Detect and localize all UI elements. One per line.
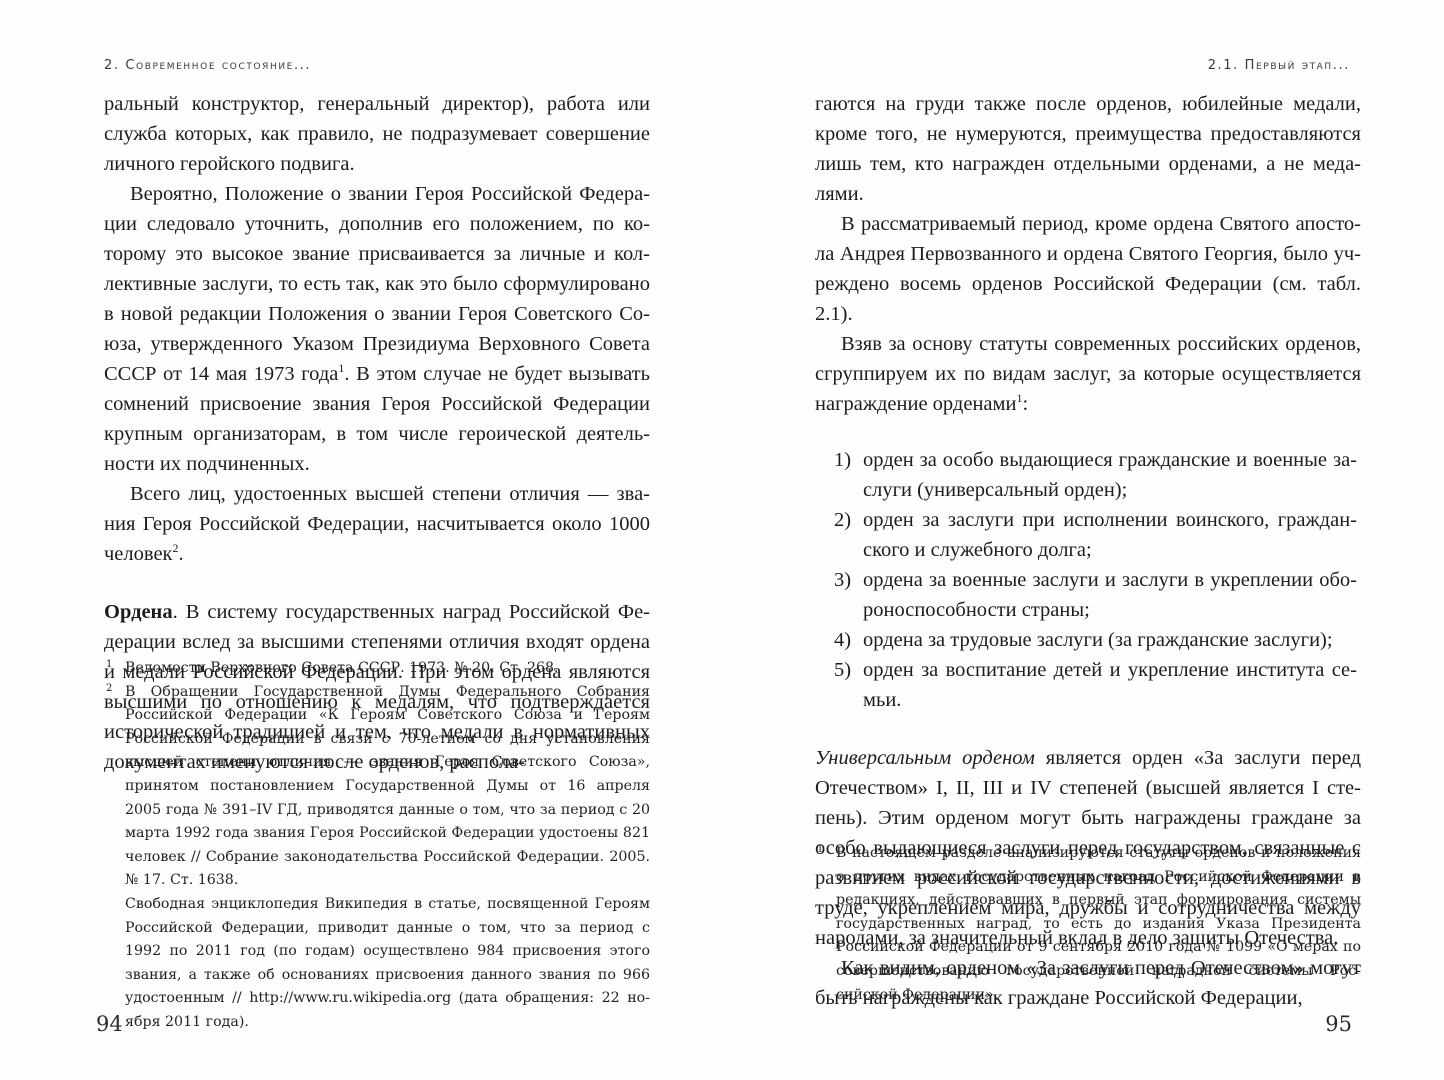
merit-types-list: 1)орден за особо выдающиеся гражданские … [815,445,1361,715]
italic-term-universal-order: Универсальным орденом [815,747,1035,769]
right-paragraph-3: Взяв за основу статуты современных росси… [815,329,1361,419]
footnote-mark: 1 [106,653,112,677]
page-number-left: 94 [96,1012,123,1036]
page-number-right: 95 [1325,1012,1352,1036]
right-paragraph-1: гаются на груди также после орденов, юби… [815,89,1361,209]
left-paragraph-3: Всего лиц, удостоенных высшей степени от… [104,479,650,569]
list-item: 2)орден за заслуги при исполнении воинск… [815,505,1361,565]
footnote-1: 1 Ведомости Верховного Совета СССР. 1973… [104,657,650,681]
right-page: 2.1. Первый этап... гаются на груди такж… [722,0,1444,1080]
list-item: 4)ордена за трудовые заслуги (за граждан… [815,625,1361,655]
running-head-left: 2. Современное состояние... [104,58,311,73]
left-footnotes: 1 Ведомости Верховного Совета СССР. 1973… [104,657,650,1035]
right-paragraph-2: В рассматриваемый период, кроме ордена С… [815,209,1361,329]
left-paragraph-1: ральный конструктор, генеральный директо… [104,89,650,179]
left-page: 2. Современное состояние... ральный конс… [0,0,722,1080]
section-term-orders: Ордена [104,601,173,623]
footnote-1: 1 В настоящем разделе анализируются стат… [815,842,1361,1007]
book-spread: 2. Современное состояние... ральный конс… [0,0,1444,1080]
footnote-2-continuation: Свободная энциклопедия Википедия в стать… [104,893,650,1035]
footnote-mark: 2 [106,677,112,701]
left-paragraph-2: Вероятно, Положение о звании Героя Росси… [104,179,650,479]
footnote-mark: 1 [817,838,823,862]
right-footnotes: 1 В настоящем разделе анализируются стат… [815,842,1361,1007]
list-item: 3)ордена за военные заслуги и заслуги в … [815,565,1361,625]
running-head-right: 2.1. Первый этап... [1208,58,1350,73]
list-item: 1)орден за особо выдающиеся гражданские … [815,445,1361,505]
list-item: 5)орден за воспитание детей и укрепление… [815,655,1361,715]
footnote-2: 2 В Обращении Государственной Думы Федер… [104,681,650,893]
